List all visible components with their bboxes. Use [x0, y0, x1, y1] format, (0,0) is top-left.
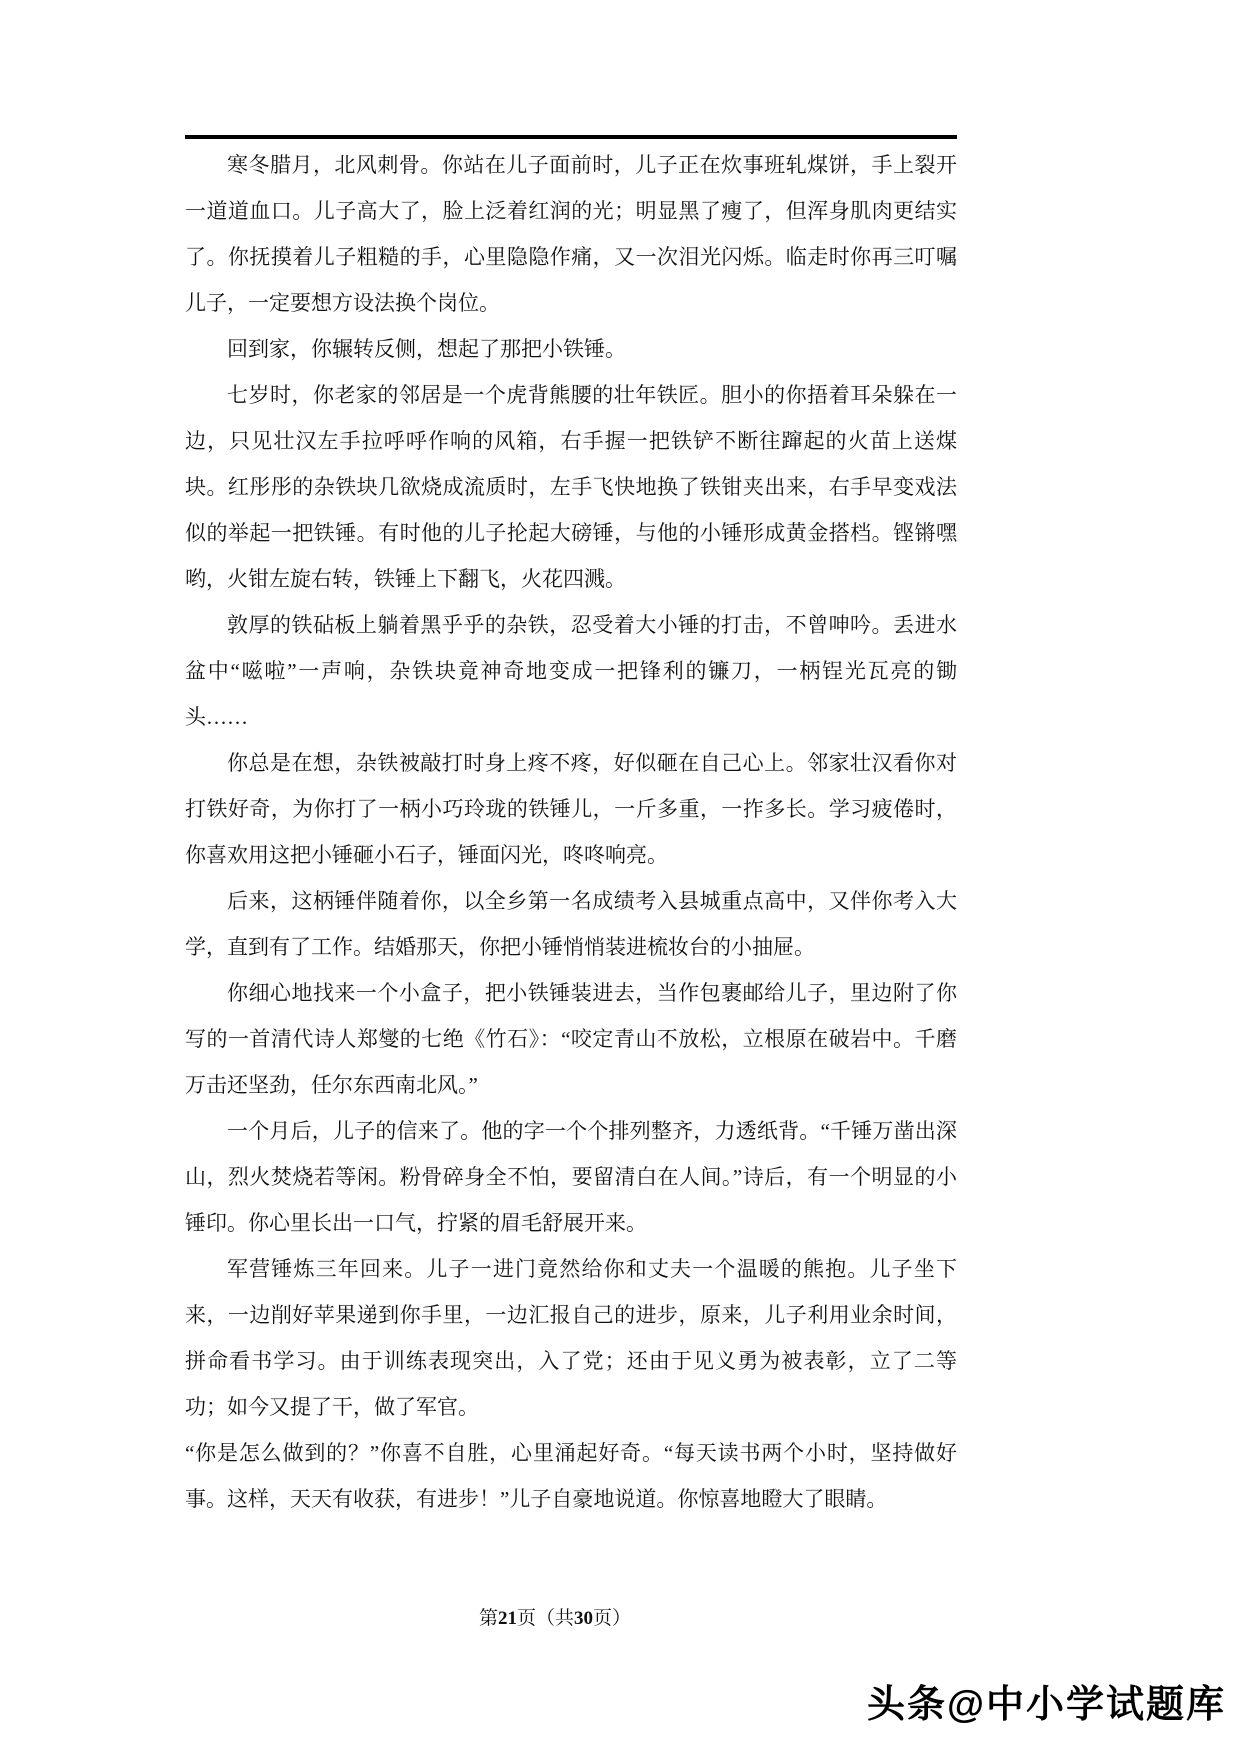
passage-body: 寒冬腊月，北风刺骨。你站在儿子面前时，儿子正在炊事班轧煤饼，手上裂开一道道血口。… [185, 142, 957, 1522]
watermark: 头条@中小学试题库 [867, 1673, 1226, 1728]
paragraph: 军营锤炼三年回来。儿子一进门竟然给你和丈夫一个温暖的熊抱。儿子坐下来，一边削好苹… [185, 1246, 957, 1430]
footer-suffix: 页） [593, 1608, 631, 1629]
footer-total-pages: 30 [574, 1608, 593, 1629]
header-rule [185, 135, 957, 139]
paragraph: 后来，这柄锤伴随着你，以全乡第一名成绩考入县城重点高中，又伴你考入大学，直到有了… [185, 878, 957, 970]
footer-page-number: 21 [498, 1608, 517, 1629]
paragraph-dialogue: “你是怎么做到的？”你喜不自胜，心里涌起好奇。“每天读书两个小时，坚持做好事。这… [185, 1430, 957, 1522]
footer-infix: 页（共 [517, 1608, 574, 1629]
paragraph: 七岁时，你老家的邻居是一个虎背熊腰的壮年铁匠。胆小的你捂着耳朵躲在一边，只见壮汉… [185, 372, 957, 602]
paragraph: 回到家，你辗转反侧，想起了那把小铁锤。 [185, 326, 957, 372]
paragraph: 你总是在想，杂铁被敲打时身上疼不疼，好似砸在自己心上。邻家壮汉看你对打铁好奇，为… [185, 740, 957, 878]
paragraph: 寒冬腊月，北风刺骨。你站在儿子面前时，儿子正在炊事班轧煤饼，手上裂开一道道血口。… [185, 142, 957, 326]
page-number-footer: 第21页（共30页） [185, 1603, 925, 1630]
footer-prefix: 第 [479, 1608, 498, 1629]
document-page: 寒冬腊月，北风刺骨。你站在儿子面前时，儿子正在炊事班轧煤饼，手上裂开一道道血口。… [0, 0, 1240, 1754]
paragraph: 你细心地找来一个小盒子，把小铁锤装进去，当作包裹邮给儿子，里边附了你写的一首清代… [185, 970, 957, 1108]
paragraph: 一个月后，儿子的信来了。他的字一个个排列整齐，力透纸背。“千锤万凿出深山，烈火焚… [185, 1108, 957, 1246]
paragraph: 敦厚的铁砧板上躺着黑乎乎的杂铁，忍受着大小锤的打击，不曾呻吟。丢进水盆中“嗞啦”… [185, 602, 957, 740]
